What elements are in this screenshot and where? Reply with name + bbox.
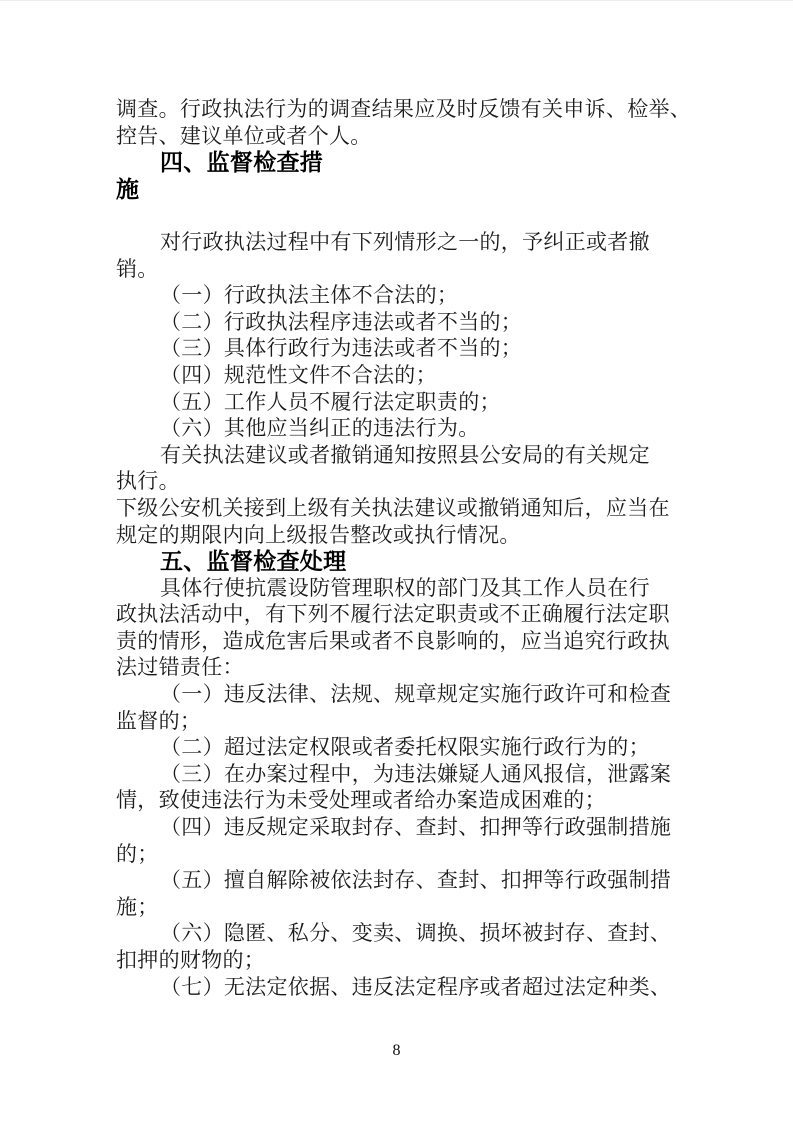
text-line: （五）擅自解除被依法封存、查封、扣押等行政强制措 <box>116 867 700 894</box>
text-line: 扣押的财物的； <box>116 947 700 974</box>
text-line: 监督的； <box>116 708 700 735</box>
text-line: 情，致使违法行为未受处理或者给办案造成困难的； <box>116 787 700 814</box>
text-line: （七）无法定依据、违反法定程序或者超过法定种类、 <box>116 974 700 1001</box>
document-body: 调查。行政执法行为的调查结果应及时反馈有关申诉、检举、控告、建议单位或者个人。四… <box>116 96 700 1000</box>
text-line: （五）工作人员不履行法定职责的； <box>116 389 700 416</box>
text-line: 下级公安机关接到上级有关执法建议或撤销通知后，应当在 <box>116 495 700 522</box>
text-line: 销。 <box>116 256 700 283</box>
text-line: 具体行使抗震设防管理职权的部门及其工作人员在行 <box>116 575 700 602</box>
text-line: 规定的期限内向上级报告整改或执行情况。 <box>116 522 700 549</box>
text-line: （二）超过法定权限或者委托权限实施行政行为的； <box>116 734 700 761</box>
text-line: 执行。 <box>116 468 700 495</box>
text-line: （六）隐匿、私分、变卖、调换、损坏被封存、查封、 <box>116 920 700 947</box>
text-line: （三）具体行政行为违法或者不当的； <box>116 335 700 362</box>
page-footer: 8 <box>0 1041 793 1061</box>
page-number: 8 <box>393 1042 401 1059</box>
text-line: 施； <box>116 894 700 921</box>
text-line: （四）违反规定采取封存、查封、扣押等行政强制措施 <box>116 814 700 841</box>
text-line: （一）违反法律、法规、规章规定实施行政许可和检查 <box>116 681 700 708</box>
text-line: （二）行政执法程序违法或者不当的； <box>116 309 700 336</box>
document-page: 调查。行政执法行为的调查结果应及时反馈有关申诉、检举、控告、建议单位或者个人。四… <box>0 0 793 1123</box>
text-line: （四）规范性文件不合法的； <box>116 362 700 389</box>
text-line: 有关执法建议或者撤销通知按照县公安局的有关规定 <box>116 442 700 469</box>
text-line: 责的情形，造成危害后果或者不良影响的，应当追究行政执 <box>116 628 700 655</box>
section-heading: 五、监督检查处理 <box>116 548 700 575</box>
text-line: 政执法活动中，有下列不履行法定职责或不正确履行法定职 <box>116 601 700 628</box>
section-heading: 施 <box>116 176 700 203</box>
text-line: 的； <box>116 841 700 868</box>
text-line: 法过错责任： <box>116 654 700 681</box>
text-line: 调查。行政执法行为的调查结果应及时反馈有关申诉、检举、 <box>116 96 700 123</box>
blank-line <box>116 202 700 229</box>
text-line: 对行政执法过程中有下列情形之一的，予纠正或者撤 <box>116 229 700 256</box>
text-line: （三）在办案过程中，为违法嫌疑人通风报信，泄露案 <box>116 761 700 788</box>
text-line: （六）其他应当纠正的违法行为。 <box>116 415 700 442</box>
section-heading: 四、监督检查措 <box>116 149 700 176</box>
text-line: （一）行政执法主体不合法的； <box>116 282 700 309</box>
text-line: 控告、建议单位或者个人。 <box>116 123 700 150</box>
